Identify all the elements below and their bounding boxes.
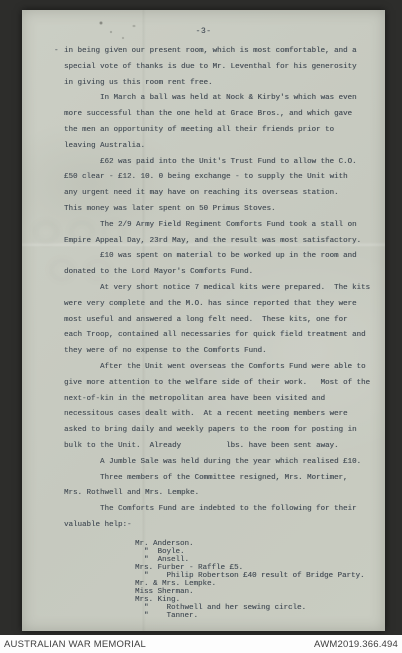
typed-line: the men an opportunity of meeting all th…	[64, 123, 382, 139]
item-id: AWM2019.366.494	[314, 639, 398, 650]
typed-line: more successful than the one held at Gra…	[64, 107, 382, 123]
typed-line: " Rothwell and her sewing circle.	[135, 604, 395, 612]
typed-line: bulk to the Unit. Already lbs. have been…	[64, 439, 382, 455]
typed-line: Mrs. King.	[135, 596, 395, 604]
typed-line: most useful and answered a long felt nee…	[64, 313, 382, 329]
typed-line: Empire Appeal Day, 23rd May, and the res…	[64, 234, 382, 250]
helpers-list: Mr. Anderson. " Boyle. " Ansell.Mrs. Fur…	[135, 540, 395, 620]
archive-caption-bar: AUSTRALIAN WAR MEMORIAL AWM2019.366.494	[0, 635, 402, 653]
typed-line: they were of no expense to the Comforts …	[64, 344, 382, 360]
typed-line: give more attention to the welfare side …	[64, 376, 382, 392]
typed-line: Three members of the Committee resigned,…	[64, 471, 382, 487]
typed-line: valuable help:-	[64, 518, 382, 534]
typed-line: Mr. & Mrs. Lempke.	[135, 580, 395, 588]
typed-line: At very short notice 7 medical kits were…	[64, 281, 382, 297]
page-number: -3-	[22, 27, 385, 36]
typed-line: In March a ball was held at Nock & Kirby…	[64, 91, 382, 107]
typed-line: £62 was paid into the Unit's Trust Fund …	[64, 155, 382, 171]
typed-line: The Comforts Fund are indebted to the fo…	[64, 502, 382, 518]
typed-line: leaving Australia.	[64, 139, 382, 155]
typed-line: After the Unit went overseas the Comfort…	[64, 360, 382, 376]
typed-line: " Boyle.	[135, 548, 395, 556]
typed-line: £50 clear - £12. 10. 0 being exchange - …	[64, 170, 382, 186]
typed-line: The 2/9 Army Field Regiment Comforts Fun…	[64, 218, 382, 234]
screenshot-stage: -3- - in being given our present room, w…	[0, 0, 402, 653]
document-page: -3- - in being given our present room, w…	[22, 10, 385, 631]
typed-line: " Tanner.	[135, 612, 395, 620]
typed-line: necessitous cases dealt with. At a recen…	[64, 407, 382, 423]
margin-mark: -	[54, 44, 59, 60]
typed-line: " Ansell.	[135, 556, 395, 564]
typed-line: asked to bring daily and weekly papers t…	[64, 423, 382, 439]
typed-line: Mrs. Rothwell and Mrs. Lempke.	[64, 486, 382, 502]
photographed-document: -3- - in being given our present room, w…	[0, 0, 402, 635]
typed-line: any urgent need it may have on reaching …	[64, 186, 382, 202]
typed-line: Miss Sherman.	[135, 588, 395, 596]
typed-line: Mrs. Furber - Raffle £5.	[135, 564, 395, 572]
typed-line: This money was later spent on 50 Primus …	[64, 202, 382, 218]
typed-line: next-of-kin in the metropolitan area hav…	[64, 392, 382, 408]
archive-name: AUSTRALIAN WAR MEMORIAL	[4, 639, 146, 650]
typed-line: each Troop, contained all necessaries fo…	[64, 328, 382, 344]
typed-line: A Jumble Sale was held during the year w…	[64, 455, 382, 471]
typed-line: Mr. Anderson.	[135, 540, 395, 548]
typed-line: special vote of thanks is due to Mr. Lev…	[64, 60, 382, 76]
typed-line: donated to the Lord Mayor's Comforts Fun…	[64, 265, 382, 281]
document-body-text: in being given our present room, which i…	[64, 44, 382, 534]
typed-line: in being given our present room, which i…	[64, 44, 382, 60]
typed-line: " Philip Robertson £40 result of Bridge …	[135, 572, 395, 580]
typed-line: in giving us this room rent free.	[64, 76, 382, 92]
typed-line: were very complete and the M.O. has sinc…	[64, 297, 382, 313]
typed-line: £10 was spent on material to be worked u…	[64, 249, 382, 265]
